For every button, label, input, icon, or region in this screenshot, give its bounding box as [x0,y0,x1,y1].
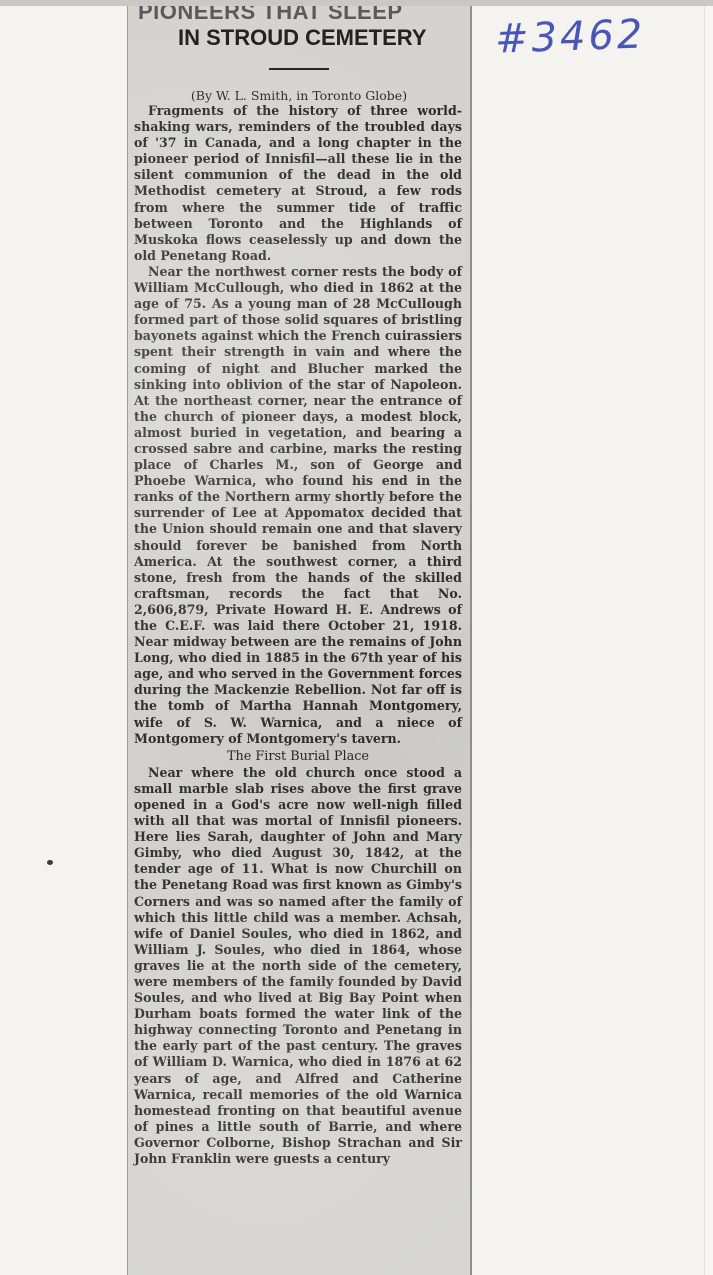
headline-line-2: IN STROUD CEMETERY [178,26,470,50]
newspaper-clipping: PIONEERS THAT SLEEP IN STROUD CEMETERY (… [127,6,472,1275]
page-edge [704,6,713,1275]
subheading: The First Burial Place [134,748,462,765]
headline-line-1: PIONEERS THAT SLEEP [138,6,470,24]
article-paragraph: Near the northwest corner rests the body… [134,264,462,747]
article-paragraph: Near where the old church once stood a s… [134,765,462,1167]
article-body: Fragments of the history of three world-… [128,103,470,1167]
ink-speck [47,860,53,865]
article-paragraph: Fragments of the history of three world-… [134,103,462,264]
headline-rule [269,68,329,70]
byline: (By W. L. Smith, in Toronto Globe) [128,88,470,103]
handwritten-catalog-number: #3462 [494,11,646,62]
